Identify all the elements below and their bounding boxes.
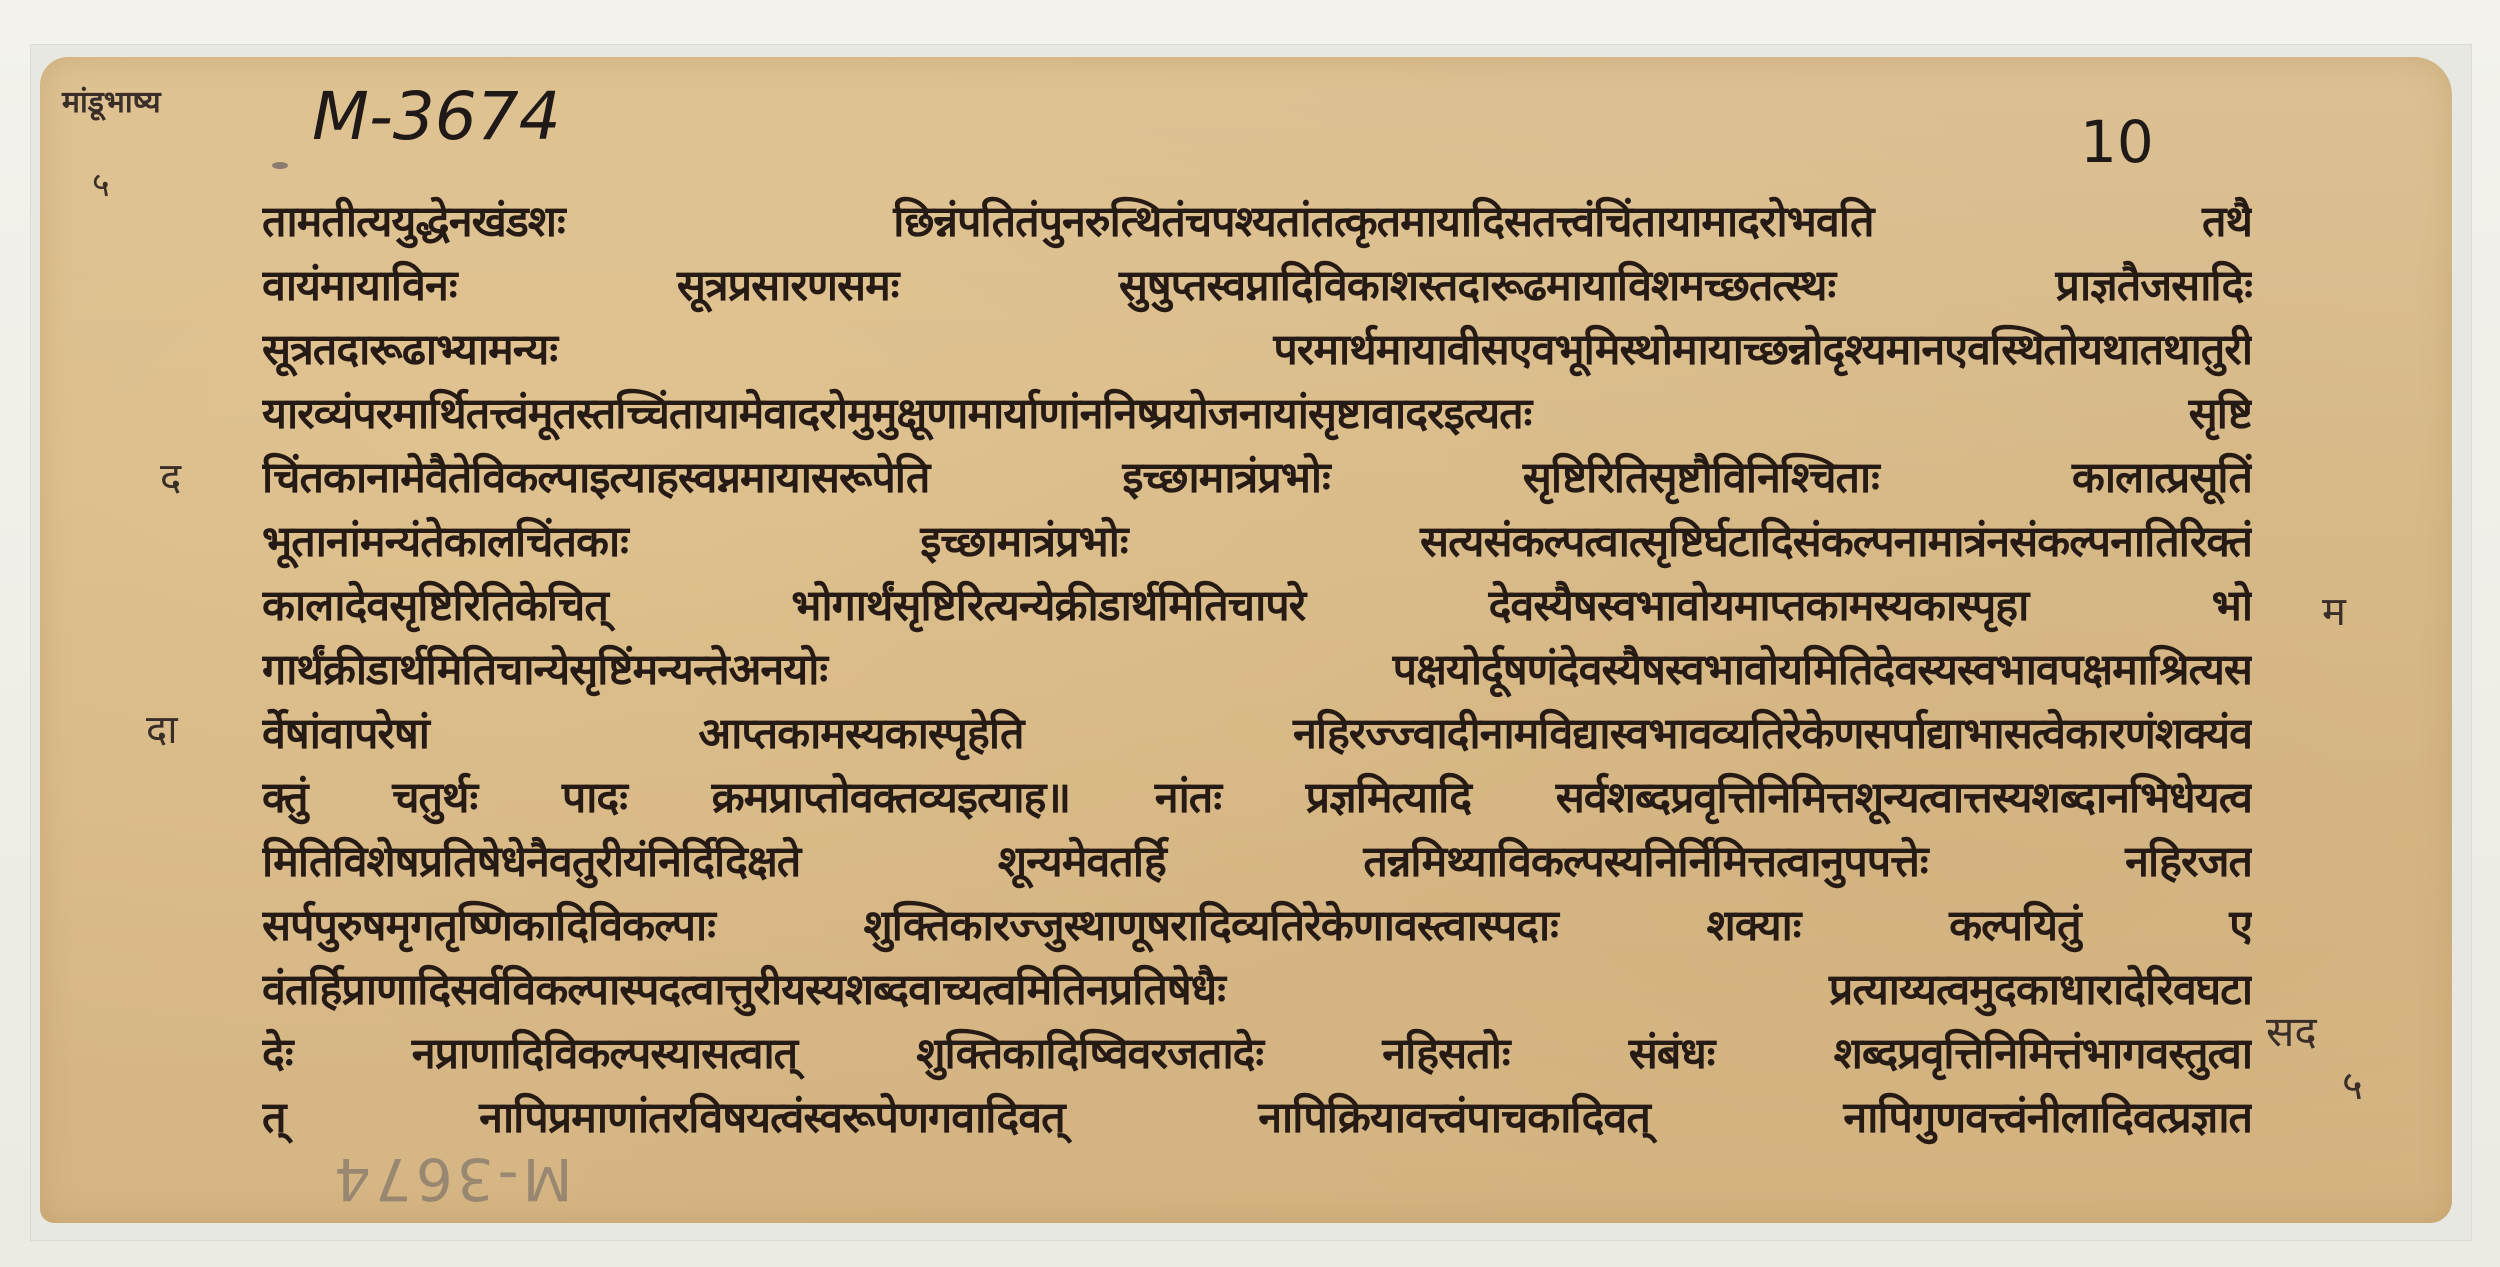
folio-number: 10 (2080, 108, 2154, 176)
margin-folio-left: ५ (92, 160, 110, 206)
mirrored-catalog-stamp: M-3674 (330, 1145, 573, 1213)
text-line-15: त् नापिप्रमाणांतरविषयत्वंस्वरूपेणगवादिवत… (262, 1086, 2252, 1150)
text-line-5: चिंतकानामेवैतेविकल्पाइत्याहस्वप्नमायासरू… (262, 446, 2252, 510)
text-line-10: क्तुं चतुर्थः पादः क्रमप्राप्तोवक्तव्यइत… (262, 766, 2252, 830)
text-line-11: मितिविशेषप्रतिषेधेनैवतुरीयंनिर्दिदिक्षते… (262, 830, 2252, 894)
text-line-8: गार्थंक्रीडार्थमितिचान्येसृष्टिंमन्यन्ते… (262, 638, 2252, 702)
margin-note-left-1: द (160, 448, 181, 503)
margin-note-right-1: म (2322, 582, 2346, 637)
ink-blot (272, 162, 288, 169)
text-line-14: देः नप्राणादिविकल्पस्यासत्वात् शुक्तिकाद… (262, 1022, 2252, 1086)
catalog-number: M-3674 (312, 78, 561, 155)
text-line-4: यारव्यंपरमार्थितत्त्वंमूतस्तच्चिंतायामेव… (262, 382, 2252, 446)
text-line-12: सर्पपुरुषमृगतृष्णिकादिविकल्पाः शुक्तिकार… (262, 894, 2252, 958)
text-line-1: तामतीत्ययुद्धेनखंडशः छिन्नंपतितंपुनरुत्थ… (262, 190, 2252, 254)
text-line-3: सूत्रतदारूढाभ्यामन्यः परमार्थमायावीसएवभू… (262, 318, 2252, 382)
text-line-2: वायंमायाविनः सूत्रप्रसारणसमः सुषुप्तस्वप… (262, 254, 2252, 318)
margin-note-right-2: सद (2266, 1002, 2317, 1059)
margin-title: मांडूभाष्य (62, 80, 161, 121)
text-line-7: कालादेवसृष्टिरितिकेचित् भोगार्थंसृष्टिरि… (262, 574, 2252, 638)
text-line-13: वंतर्हिप्राणादिसर्वविकल्पास्पदत्वात्तुरी… (262, 958, 2252, 1022)
text-line-9: र्वेषांवापरेषां आप्तकामस्यकास्पृहेति नहि… (262, 702, 2252, 766)
margin-note-right-3: ५ (2342, 1056, 2363, 1111)
margin-note-left-2: दा (146, 700, 178, 755)
manuscript-text: तामतीत्ययुद्धेनखंडशः छिन्नंपतितंपुनरुत्थ… (262, 190, 2252, 1150)
text-line-6: भूतानांमन्यंतेकालचिंतकाः इच्छामात्रंप्रभ… (262, 510, 2252, 574)
